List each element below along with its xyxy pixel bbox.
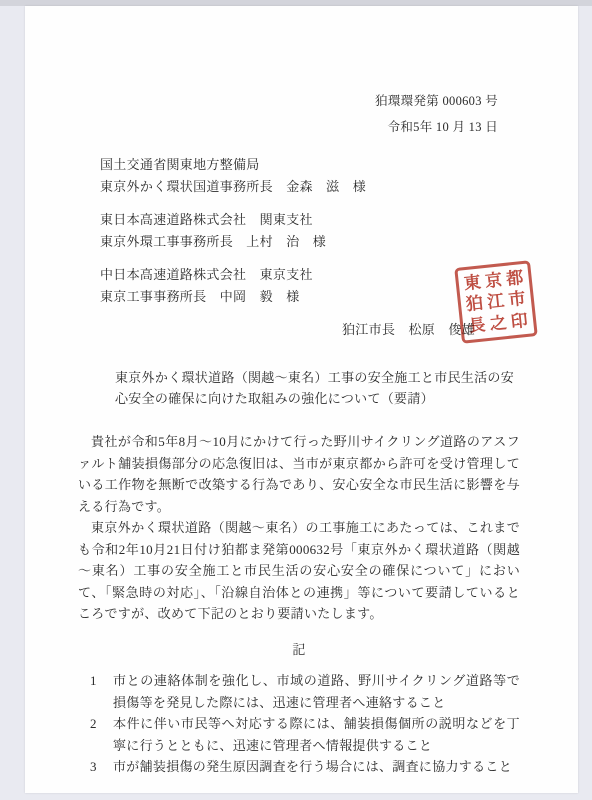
seal-char: 東	[461, 271, 484, 294]
request-text: 本件に伴い市民等へ対応する際には、舗装損傷個所の説明などを丁寧に行うとともに、迅…	[113, 713, 520, 756]
recipient-person: 東京外かく環状国道事務所長 金森 滋 様	[100, 176, 520, 198]
seal-char: 之	[487, 311, 510, 334]
request-number: 2	[90, 713, 113, 756]
seal-char: 印	[508, 309, 531, 332]
recipient-org: 国土交通省関東地方整備局	[100, 154, 520, 176]
request-text: 市との連絡体制を強化し、市域の道路、野川サイクリング道路等で損傷等を発見した際に…	[113, 670, 520, 713]
request-text: 市が舗装損傷の発生原因調査を行う場合には、調査に協力すること	[113, 756, 520, 778]
document-number: 狛環環発第 000603 号	[78, 88, 498, 114]
seal-char: 市	[505, 288, 528, 311]
recipient-block: 国土交通省関東地方整備局 東京外かく環状国道事務所長 金森 滋 様	[100, 154, 520, 198]
record-marker: 記	[78, 639, 520, 661]
letter-paper: 狛環環発第 000603 号 令和5年 10 月 13 日 国土交通省関東地方整…	[25, 6, 578, 793]
body-paragraph-1: 貴社が令和5年8月～10月にかけて行った野川サイクリング道路のアスファルト舗装損…	[78, 431, 520, 517]
seal-char: 狛	[463, 293, 486, 316]
seal-char: 長	[465, 314, 488, 337]
document-header: 狛環環発第 000603 号 令和5年 10 月 13 日	[78, 88, 520, 140]
document-page: 狛環環発第 000603 号 令和5年 10 月 13 日 国土交通省関東地方整…	[0, 0, 592, 800]
official-seal: 東 京 都 狛 江 市 長 之 印	[454, 260, 538, 344]
request-number: 3	[90, 756, 113, 778]
seal-char: 都	[503, 267, 526, 290]
recipient-org: 東日本高速道路株式会社 関東支社	[100, 209, 520, 231]
request-item-2: 2 本件に伴い市民等へ対応する際には、舗装損傷個所の説明などを丁寧に行うとともに…	[90, 713, 520, 756]
recipient-person: 東京外環工事事務所長 上村 治 様	[100, 231, 520, 253]
seal-char: 江	[484, 290, 507, 313]
document-date: 令和5年 10 月 13 日	[78, 114, 498, 140]
sender-line: 狛江市長 松原 俊雄	[78, 319, 520, 341]
request-list: 1 市との連絡体制を強化し、市域の道路、野川サイクリング道路等で損傷等を発見した…	[90, 670, 520, 778]
body-paragraph-2: 東京外かく環状道路（関越～東名）の工事施工にあたっては、これまでも令和2年10月…	[78, 517, 520, 625]
seal-char: 京	[482, 269, 505, 292]
request-item-3: 3 市が舗装損傷の発生原因調査を行う場合には、調査に協力すること	[90, 756, 520, 778]
request-item-1: 1 市との連絡体制を強化し、市域の道路、野川サイクリング道路等で損傷等を発見した…	[90, 670, 520, 713]
request-number: 1	[90, 670, 113, 713]
subject-title: 東京外かく環状道路（関越～東名）工事の安全施工と市民生活の安心安全の確保に向けた…	[115, 367, 520, 409]
recipient-block: 東日本高速道路株式会社 関東支社 東京外環工事事務所長 上村 治 様	[100, 209, 520, 253]
